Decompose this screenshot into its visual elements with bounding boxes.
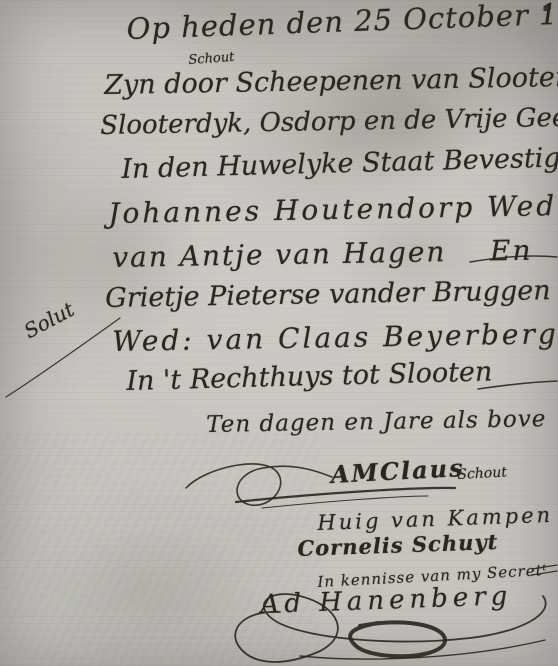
schout-title: Schout <box>457 464 507 483</box>
schout-signature: AMClaus <box>330 453 465 489</box>
signature-underline-second <box>262 496 428 508</box>
secretary-signature: Ad Hanenberg <box>260 581 513 620</box>
body-line-5: van Antje van Hagen En <box>112 234 533 274</box>
signature-lead-loop <box>186 464 332 505</box>
manuscript-page: Op heden den 25 October 1795 Schout Zyn … <box>0 0 558 666</box>
body-line-4: Johannes Houtendorp Wedʳ <box>108 189 558 230</box>
body-line-3: In den Huwelyke Staat Bevestigt <box>121 142 558 185</box>
ink-bleedthrough <box>0 430 320 666</box>
margin-note: Solut <box>20 297 78 343</box>
body-line-8: In 't Rechthuys tot Slooten <box>126 356 493 397</box>
interlinear-insertion: Schout <box>188 50 235 68</box>
body-line-9: Ten dagen en Jare als bove <box>206 406 547 438</box>
body-line-6: Grietje Pieterse vander Bruggen <box>105 275 551 314</box>
signature-underline <box>236 488 455 502</box>
grand-flourish-bottom-stroke <box>300 640 545 659</box>
grand-flourish-bold-loop <box>350 622 445 656</box>
body-line-7: Wed: van Claas Beyerberg <box>112 317 558 358</box>
margin-note-underline <box>6 318 120 397</box>
paper-stain <box>10 520 270 660</box>
body-line-1: Zyn door Scheepenen van Slooten <box>104 62 558 101</box>
body-line-2: Slooterdyk, Osdorp en de Vrije Geer <box>100 103 558 141</box>
date-line: Op heden den 25 October 1795 <box>126 0 558 46</box>
